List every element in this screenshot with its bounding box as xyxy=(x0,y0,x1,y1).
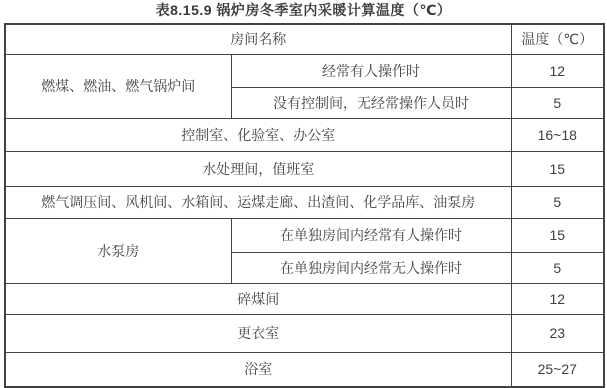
room-name-cell: 燃煤、燃油、燃气锅炉间 xyxy=(5,54,231,118)
temperature-cell: 15 xyxy=(511,218,604,252)
condition-cell: 经常有人操作时 xyxy=(231,54,511,87)
temperature-cell: 5 xyxy=(511,186,604,218)
room-name-cell: 燃气调压间、风机间、水箱间、运煤走廊、出渣间、化学品库、油泵房 xyxy=(5,186,511,218)
temperature-cell: 15 xyxy=(511,151,604,186)
room-name-cell: 更衣室 xyxy=(5,314,511,352)
room-name-cell: 水泵房 xyxy=(5,218,231,283)
temperature-cell: 12 xyxy=(511,54,604,87)
table-row: 控制室、化验室、办公室 16~18 xyxy=(5,118,604,151)
table-header-row: 房间名称 温度（℃） xyxy=(5,24,604,54)
temperature-cell: 12 xyxy=(511,283,604,314)
room-name-cell: 水处理间，值班室 xyxy=(5,151,511,186)
temperature-cell: 5 xyxy=(511,87,604,118)
temperature-table: 房间名称 温度（℃） 燃煤、燃油、燃气锅炉间 经常有人操作时 12 没有控制间，… xyxy=(4,23,605,388)
temperature-cell: 23 xyxy=(511,314,604,352)
room-name-cell: 控制室、化验室、办公室 xyxy=(5,118,511,151)
table-row: 燃煤、燃油、燃气锅炉间 经常有人操作时 12 xyxy=(5,54,604,87)
header-room-name: 房间名称 xyxy=(5,24,511,54)
table-row: 碎煤间 12 xyxy=(5,283,604,314)
table-row: 燃气调压间、风机间、水箱间、运煤走廊、出渣间、化学品库、油泵房 5 xyxy=(5,186,604,218)
table-row: 水处理间，值班室 15 xyxy=(5,151,604,186)
condition-cell: 没有控制间，无经常操作人员时 xyxy=(231,87,511,118)
table-row: 水泵房 在单独房间内经常有人操作时 15 xyxy=(5,218,604,252)
temperature-cell: 25~27 xyxy=(511,352,604,387)
condition-cell: 在单独房间内经常有人操作时 xyxy=(231,218,511,252)
table-row: 更衣室 23 xyxy=(5,314,604,352)
header-temperature: 温度（℃） xyxy=(511,24,604,54)
temperature-cell: 16~18 xyxy=(511,118,604,151)
temperature-cell: 5 xyxy=(511,252,604,283)
table-row: 浴室 25~27 xyxy=(5,352,604,387)
room-name-cell: 浴室 xyxy=(5,352,511,387)
room-name-cell: 碎煤间 xyxy=(5,283,511,314)
page-title: 表8.15.9 锅炉房冬季室内采暖计算温度（℃） xyxy=(0,0,607,23)
condition-cell: 在单独房间内经常无人操作时 xyxy=(231,252,511,283)
